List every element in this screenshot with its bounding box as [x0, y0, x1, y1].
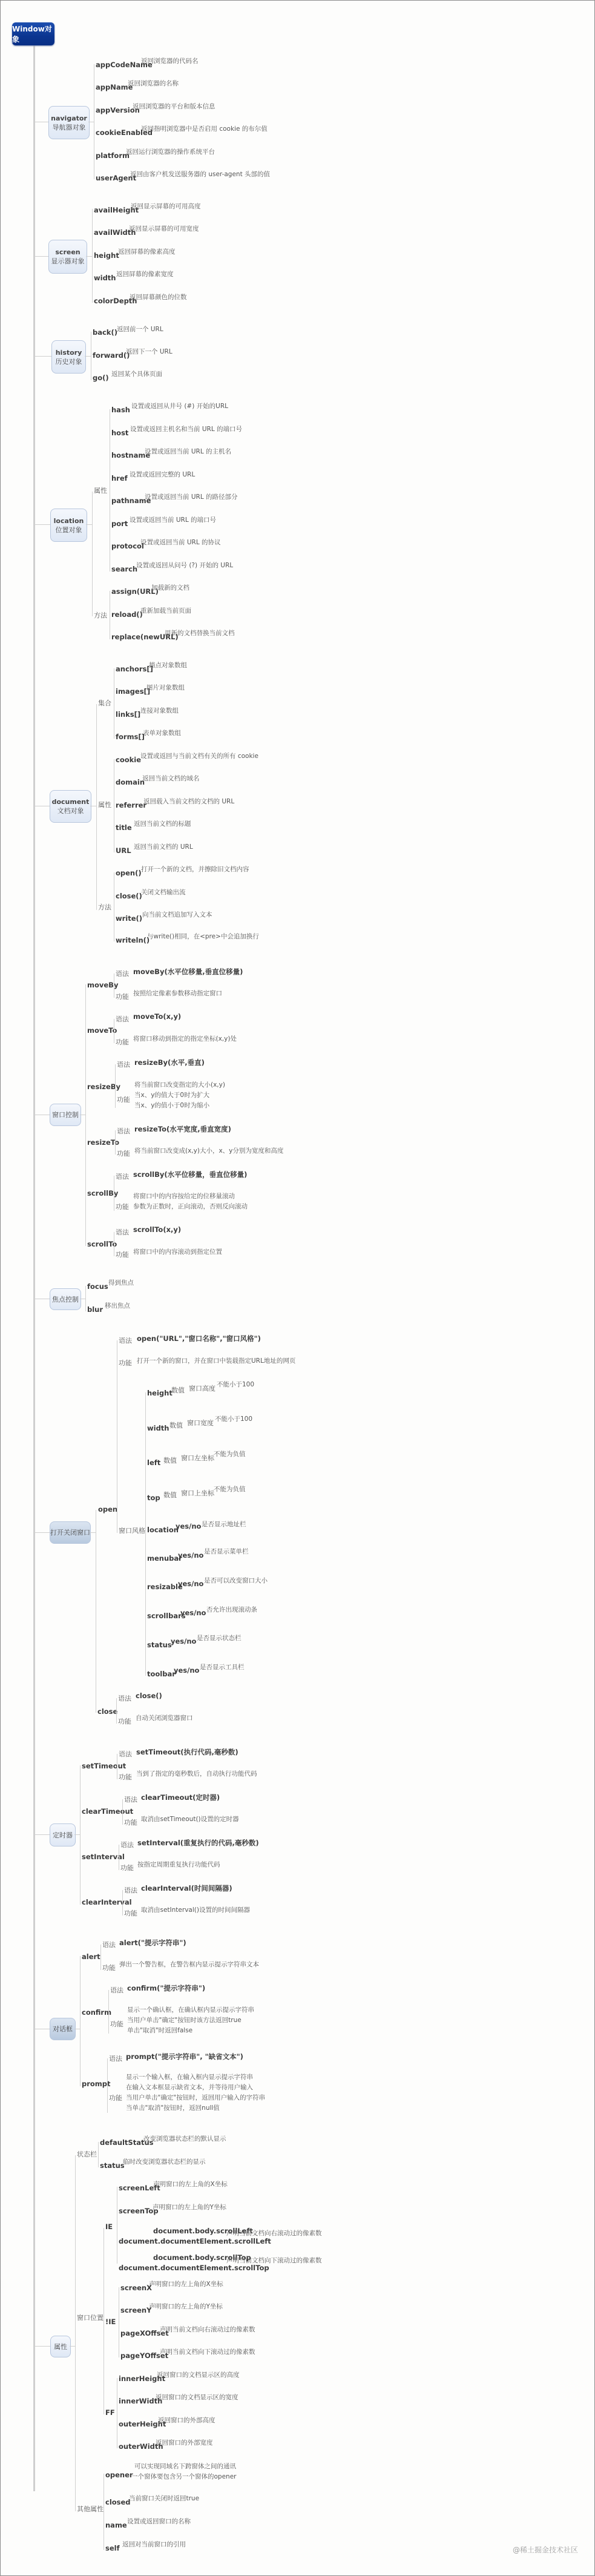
- group-label-properties: 属性: [98, 800, 111, 809]
- connector: [117, 1754, 117, 1779]
- style-resizable[interactable]: resizable: [147, 1583, 183, 1591]
- desc: 是否显示地址栏: [202, 1520, 246, 1530]
- desc: 声明当前文档向右滚动过的像素数: [160, 2325, 255, 2335]
- desc: 打开一个新的文档，并擦除旧文档内容: [141, 865, 249, 875]
- label-function: 功能: [117, 1095, 130, 1104]
- group-label-window-position: 窗口位置: [77, 2313, 104, 2322]
- connector: [114, 1176, 114, 1211]
- desc: 声明当前文档向下滚动过的像素数: [160, 2347, 255, 2357]
- connector: [119, 2287, 119, 2357]
- label-function: 功能: [116, 1250, 129, 1259]
- connector: [110, 591, 110, 639]
- connector: [35, 1834, 50, 1835]
- desc: 将窗口中的内容按给定的位移量滚动: [133, 1191, 235, 1202]
- method-back[interactable]: back(): [93, 328, 117, 337]
- node-title: navigator: [51, 114, 87, 123]
- style-status[interactable]: status: [147, 1641, 172, 1649]
- desc: 返回载入当前文档的文档的 URL: [143, 797, 234, 807]
- node-window-control[interactable]: 窗口控制: [50, 1104, 81, 1126]
- method-setTimeout[interactable]: setTimeout: [82, 1762, 126, 1770]
- syntax-prompt: prompt("提示字符串", "缺省文本"): [126, 2052, 243, 2061]
- connector: [80, 1956, 81, 2086]
- connector: [90, 806, 96, 806]
- collection-anchors[interactable]: anchors[]: [116, 665, 153, 673]
- desc: 声明窗口的左上角的X坐标: [153, 2179, 228, 2190]
- connector: [86, 256, 92, 257]
- method-clearTimeout[interactable]: clearTimeout: [82, 1807, 133, 1816]
- desc: 设置或返回窗口的名称: [127, 2517, 191, 2527]
- label-syntax: 语法: [116, 969, 129, 978]
- node-subtitle: 导航器对象: [53, 123, 86, 132]
- connector: [96, 704, 97, 910]
- connector: [85, 356, 91, 357]
- label-syntax: 语法: [109, 2054, 122, 2063]
- note: 不能小于100: [215, 1414, 252, 1425]
- connector: [94, 64, 94, 179]
- node-timer[interactable]: 定时器: [50, 1823, 76, 1846]
- desc: 返回由客户机发送服务器的 user-agent 头部的值: [130, 170, 270, 180]
- style-type: yes/no: [178, 1551, 203, 1560]
- desc: 返回浏览器的平台和版本信息: [133, 102, 215, 112]
- root-node-window[interactable]: Window对象: [12, 22, 54, 45]
- label-function: 功能: [116, 1037, 129, 1047]
- style-menubar[interactable]: menubar: [147, 1554, 182, 1563]
- connector: [91, 332, 91, 380]
- label-function: 功能: [118, 1716, 131, 1726]
- syntax-moveBy: moveBy(水平位移量,垂直位移量): [133, 967, 243, 977]
- connector: [114, 1019, 114, 1043]
- connector: [35, 2029, 50, 2029]
- root-spine-connector: [33, 45, 35, 2491]
- syntax-moveTo: moveTo(x,y): [133, 1012, 181, 1021]
- syntax-setTimeout: setTimeout(执行代码,毫秒数): [136, 1747, 238, 1757]
- prop-domain[interactable]: domain: [116, 778, 145, 786]
- connector: [96, 1510, 96, 1713]
- node-title: 属性: [54, 2342, 67, 2351]
- connector: [104, 2474, 104, 2550]
- label-function: 功能: [109, 2093, 122, 2103]
- connector: [35, 256, 48, 257]
- connector: [86, 524, 92, 525]
- desc: 当x、y的值大于0时为扩大: [134, 1090, 209, 1101]
- style-toolbar[interactable]: toolbar: [147, 1670, 176, 1678]
- desc: 是否可以改变窗口大小: [204, 1576, 268, 1586]
- syntax-confirm: confirm("提示字符串"): [127, 1983, 205, 1993]
- label-syntax: 语法: [116, 1014, 129, 1024]
- method-close[interactable]: close: [97, 1707, 117, 1716]
- style-type: yes/no: [171, 1637, 196, 1645]
- desc: 得到焦点: [108, 1278, 134, 1288]
- label-function: 功能: [116, 1202, 129, 1211]
- label-syntax: 语法: [116, 1227, 129, 1237]
- label-syntax: 语法: [124, 1885, 137, 1895]
- connector: [119, 1845, 119, 1870]
- desc: 窗口上坐标: [181, 1488, 214, 1498]
- method-write[interactable]: write(): [116, 914, 142, 923]
- style-width[interactable]: width: [147, 1424, 169, 1432]
- style-type: yes/no: [178, 1580, 203, 1588]
- browser-ie: IE: [105, 2222, 113, 2231]
- style-height[interactable]: height: [147, 1389, 173, 1397]
- label-function: 功能: [117, 1148, 130, 1158]
- desc: 改变浏览器状态栏的默认显示: [143, 2134, 226, 2144]
- desc: 自动关闭浏览器窗口: [136, 1713, 193, 1724]
- node-title: 焦点控制: [52, 1295, 79, 1304]
- desc: 返回当前文档的标题: [134, 819, 191, 829]
- desc: 返回当前文档的 URL: [134, 842, 193, 852]
- label-syntax: 语法: [117, 1059, 130, 1069]
- desc: 设置或返回当前 URL 的协议: [140, 538, 221, 548]
- desc: 设置或返回从问号 (?) 开始的 URL: [136, 561, 233, 571]
- syntax-scrollTo: scrollTo(x,y): [133, 1225, 181, 1234]
- desc: 是否显示菜单栏: [204, 1547, 249, 1557]
- desc: 返回屏幕颜色的位数: [130, 292, 187, 303]
- desc: 窗口左坐标: [181, 1453, 214, 1463]
- prop-width[interactable]: width: [94, 274, 116, 282]
- connector: [117, 2378, 117, 2448]
- style-type: yes/no: [176, 1522, 201, 1530]
- desc: 按照给定像素参数移动指定窗口: [133, 989, 222, 999]
- node-screen[interactable]: screen 显示器对象: [48, 240, 87, 274]
- connector: [80, 1115, 85, 1115]
- method-clearInterval[interactable]: clearInterval: [82, 1898, 132, 1906]
- method-reload[interactable]: reload(): [111, 610, 143, 619]
- method-open[interactable]: open(): [116, 869, 142, 877]
- desc: 移出焦点: [105, 1301, 130, 1311]
- prop-platform[interactable]: platform: [96, 151, 130, 160]
- node-title: 定时器: [53, 1831, 73, 1840]
- style-location[interactable]: location: [147, 1526, 179, 1534]
- connector: [114, 1232, 114, 1256]
- connector: [145, 1392, 146, 1676]
- connector: [35, 356, 51, 357]
- node-title: document: [52, 797, 90, 806]
- desc: 返回下一个 URL: [126, 347, 173, 357]
- note: 不能为负值: [214, 1484, 246, 1495]
- desc: 加载新的文档: [151, 583, 189, 593]
- method-alert[interactable]: alert: [82, 1952, 100, 1961]
- connector: [114, 872, 114, 941]
- desc: 返回指明浏览器中是否启用 cookie 的布尔值: [141, 124, 268, 134]
- desc: 向当前文档追加写入文本: [142, 910, 212, 920]
- desc: 声明当前文档向右滚动过的像素数: [226, 2228, 322, 2239]
- desc: 返回某个具体页面: [111, 369, 162, 380]
- method-go[interactable]: go(): [93, 374, 109, 382]
- group-label-methods: 方法: [94, 610, 107, 620]
- desc: 声明窗口的左上角的Y坐标: [149, 2302, 223, 2312]
- connector: [70, 2346, 75, 2347]
- desc: 返回窗口的外部宽度: [156, 2438, 213, 2448]
- label-syntax: 语法: [124, 1794, 137, 1804]
- connector: [114, 973, 114, 998]
- prop-search[interactable]: search: [111, 565, 137, 573]
- desc: 返回窗口的文档显示区的高度: [157, 2370, 240, 2380]
- syntax-setInterval: setInterval(重复执行的代码,毫秒数): [137, 1838, 259, 1848]
- method-confirm[interactable]: confirm: [82, 2008, 111, 2017]
- label-function: 功能: [119, 1772, 132, 1782]
- desc: 设置或返回当前 URL 的端口号: [130, 515, 216, 525]
- node-title: location: [54, 516, 84, 525]
- connector: [80, 1299, 85, 1299]
- method-moveTo[interactable]: moveTo: [87, 1026, 117, 1035]
- style-type: yes/no: [180, 1609, 206, 1617]
- node-focus-control[interactable]: 焦点控制: [50, 1288, 81, 1310]
- desc: 用新的文档替换当前文档: [165, 628, 235, 639]
- desc: 与write()相同，在<pre>中会追加换行: [147, 932, 259, 942]
- desc: 是否显示工具栏: [200, 1662, 245, 1673]
- label-syntax: 语法: [120, 1840, 134, 1850]
- group-label-methods: 方法: [98, 902, 111, 912]
- style-type: 数值: [169, 1420, 183, 1430]
- desc: 当用户单击"确定"按钮时该方法返回true: [127, 2015, 242, 2026]
- connector: [74, 1834, 80, 1835]
- desc: 窗口宽度: [187, 1418, 214, 1428]
- node-open-close-window[interactable]: 打开关闭窗口: [50, 1521, 91, 1544]
- connector: [117, 1340, 117, 1533]
- connector: [115, 1130, 116, 1155]
- browser-not-ie: !IE: [105, 2317, 116, 2326]
- style-type: 数值: [163, 1455, 177, 1465]
- desc: 当单击"取消"按钮时，返回null值: [126, 2103, 220, 2113]
- desc: 声明当前文档向下滚动过的像素数: [226, 2256, 322, 2266]
- style-left[interactable]: left: [147, 1458, 160, 1467]
- label-function: 功能: [110, 2019, 123, 2029]
- style-type: yes/no: [174, 1666, 199, 1675]
- collection-links[interactable]: links[]: [116, 710, 140, 719]
- desc: 当x、y的值小于0时为缩小: [134, 1101, 209, 1111]
- desc: 返回显示屏幕的可用宽度: [129, 224, 199, 234]
- connector: [98, 2142, 99, 2167]
- node-subtitle: 位置对象: [56, 525, 82, 535]
- prop-screenX[interactable]: screenX: [120, 2284, 152, 2292]
- node-title: 对话框: [53, 2024, 73, 2034]
- method-blur[interactable]: blur: [87, 1305, 103, 1314]
- prop-host[interactable]: host: [111, 429, 128, 437]
- desc: 设置或返回主机名和当前 URL 的端口号: [130, 424, 242, 435]
- collection-forms[interactable]: forms[]: [116, 733, 145, 741]
- desc: 在输入文本框显示缺省文本，并等待用户输入: [126, 2083, 253, 2093]
- method-scrollTo[interactable]: scrollTo: [87, 1240, 117, 1248]
- desc: 返回窗口的文档显示区的宽度: [156, 2393, 238, 2403]
- method-close[interactable]: close(): [116, 892, 142, 900]
- syntax-alert: alert("提示字符串"): [119, 1938, 186, 1948]
- syntax-resizeTo: resizeTo(水平宽度,垂直宽度): [134, 1124, 231, 1134]
- desc: 设置或返回当前 URL 的主机名: [145, 447, 231, 457]
- prop-href[interactable]: href: [111, 474, 128, 483]
- connector: [35, 806, 50, 806]
- desc: 返回前一个 URL: [117, 324, 163, 335]
- label-syntax: 语法: [116, 1171, 129, 1181]
- prop-hash[interactable]: hash: [111, 406, 130, 414]
- watermark: @稀土掘金技术社区: [513, 2545, 578, 2555]
- desc: 声明窗口的左上角的X坐标: [149, 2279, 223, 2290]
- desc: 关闭文档输出流: [141, 888, 186, 898]
- node-title: 窗口控制: [52, 1110, 79, 1119]
- connector: [92, 209, 93, 303]
- label-function: 功能: [119, 1358, 132, 1368]
- method-open[interactable]: open: [98, 1505, 117, 1514]
- connector: [92, 492, 93, 616]
- desc: 显示一个输入框，在输入框内显示提示字符串: [126, 2072, 253, 2083]
- node-document[interactable]: document 文档对象: [50, 790, 91, 823]
- prop-opener[interactable]: opener: [105, 2471, 133, 2479]
- prop-cookie[interactable]: cookie: [116, 756, 141, 764]
- method-prompt[interactable]: prompt: [82, 2080, 111, 2088]
- browser-ff: FF: [105, 2408, 115, 2417]
- prop-referrer[interactable]: referrer: [116, 801, 146, 809]
- prop-title[interactable]: title: [116, 823, 132, 832]
- connector: [85, 984, 86, 1246]
- label-syntax: 语法: [119, 1336, 132, 1345]
- connector: [35, 122, 48, 122]
- label-function: 功能: [124, 1908, 137, 1918]
- desc: 可以实现同域名下跨窗体之间的通讯: [134, 2462, 236, 2472]
- node-navigator[interactable]: navigator 导航器对象: [48, 106, 90, 139]
- label-function: 功能: [120, 1863, 134, 1873]
- label-function: 功能: [116, 992, 129, 1001]
- connector: [116, 1698, 117, 1724]
- desc: 设置或返回完整的 URL: [130, 470, 195, 480]
- desc: 返回浏览器的名称: [128, 79, 179, 89]
- connector: [88, 122, 94, 122]
- style-top[interactable]: top: [147, 1494, 160, 1502]
- connector: [35, 524, 50, 525]
- collection-images[interactable]: images[]: [116, 687, 150, 696]
- desc: 返回窗口的外部高度: [158, 2416, 215, 2426]
- connector: [80, 1765, 81, 1905]
- syntax-scrollBy: scrollBy(水平位移量，垂直位移量): [133, 1170, 247, 1179]
- desc: 参数为正数时，正向滚动，否则反向滚动: [133, 1202, 248, 1212]
- prop-screenY[interactable]: screenY: [120, 2306, 151, 2314]
- desc: 打开一个新的窗口，并在窗口中装载指定URL地址的网页: [137, 1356, 295, 1366]
- desc: 单击"取消"时返回false: [127, 2026, 192, 2036]
- prop-name[interactable]: name: [105, 2521, 127, 2529]
- node-subtitle: 历史对象: [56, 357, 82, 366]
- desc: 将窗口中的内容滚动到指定位置: [133, 1247, 222, 1257]
- desc: 返回显示屏幕的可用高度: [131, 202, 201, 212]
- desc: 取消由setInterval()设置的时间间隔器: [141, 1905, 250, 1916]
- node-dialog[interactable]: 对话框: [50, 2018, 76, 2040]
- connector: [110, 409, 110, 572]
- desc: 声明窗口的左上角的Y坐标: [153, 2202, 226, 2213]
- method-focus[interactable]: focus: [87, 1282, 108, 1291]
- desc: 设置或返回当前 URL 的路径部分: [145, 492, 238, 502]
- style-type: 数值: [163, 1490, 177, 1500]
- connector: [85, 1286, 86, 1311]
- label-syntax: 语法: [118, 1693, 131, 1703]
- connector: [117, 2187, 117, 2264]
- connector: [35, 1532, 50, 1533]
- desc: 重新加载当前页面: [140, 606, 191, 616]
- connector: [104, 2228, 104, 2414]
- desc: 设置或返回从井号 (#) 开始的URL: [131, 401, 228, 412]
- syntax-clearInterval: clearInterval(时间间隔器): [141, 1883, 232, 1893]
- node-properties[interactable]: 属性: [50, 2336, 71, 2357]
- desc: 连接对象数组: [140, 706, 179, 716]
- prop-port[interactable]: port: [111, 519, 128, 528]
- desc: 将当前窗口改变成(x,y)大小，x、y分别为宽度和高度: [134, 1146, 283, 1156]
- syntax-close: close(): [136, 1692, 162, 1700]
- label-syntax: 语法: [119, 1749, 132, 1759]
- desc: 将当前窗口改变指定的大小(x,y): [134, 1080, 225, 1090]
- prop-height[interactable]: height: [94, 251, 119, 260]
- note: 不能小于100: [217, 1380, 254, 1390]
- group-label-properties: 属性: [94, 486, 107, 495]
- connector: [35, 1115, 50, 1115]
- prop-protocol[interactable]: protocol: [111, 542, 144, 550]
- prop-closed[interactable]: closed: [105, 2498, 131, 2506]
- connector: [107, 2058, 108, 2113]
- connector: [75, 2155, 76, 2511]
- prop-self[interactable]: self: [105, 2544, 120, 2552]
- group-label-statusbar: 状态栏: [77, 2149, 97, 2159]
- prop-URL[interactable]: URL: [116, 846, 131, 855]
- desc: 当到了指定的毫秒数后，自动执行功能代码: [136, 1769, 257, 1779]
- node-title: screen: [55, 248, 80, 257]
- label-function: 功能: [102, 1963, 116, 1972]
- desc: 返回当前文档的域名: [142, 774, 200, 784]
- label-syntax: 语法: [110, 1985, 123, 1995]
- node-history[interactable]: history 历史对象: [51, 340, 86, 374]
- desc: 返回浏览器的代码名: [141, 56, 199, 67]
- style-type: 数值: [171, 1385, 185, 1395]
- method-writeln[interactable]: writeln(): [116, 936, 150, 944]
- group-label-collections: 集合: [98, 698, 111, 708]
- desc: 一个窗体要包含另一个窗体的opener: [131, 2472, 236, 2482]
- label-syntax: 语法: [117, 1126, 130, 1136]
- group-label-other-properties: 其他属性: [77, 2504, 104, 2514]
- desc: 弹出一个警告框，在警告框内显示提示字符串文本: [119, 1960, 259, 1970]
- node-title: history: [56, 348, 82, 357]
- desc: 返回屏幕的像素高度: [118, 247, 176, 257]
- connector: [74, 2029, 80, 2029]
- syntax-resizeBy: resizeBy(水平,垂直): [134, 1058, 205, 1067]
- node-location[interactable]: location 位置对象: [50, 509, 87, 542]
- note: 不能为负值: [214, 1449, 246, 1460]
- syntax-clearTimeout: clearTimeout(定时器): [141, 1793, 220, 1802]
- desc: 当用户单击"确定"按钮时，返回用户输入的字符串: [126, 2093, 265, 2103]
- method-forward[interactable]: forward(): [93, 351, 130, 360]
- desc: 取消由setTimeout()设置的定时器: [141, 1814, 239, 1825]
- desc: 返回屏幕的像素宽度: [116, 269, 174, 280]
- connector: [122, 1799, 123, 1825]
- desc: 图片对象数组: [146, 683, 185, 693]
- node-subtitle: 显示器对象: [51, 257, 85, 266]
- desc: 是否显示状态栏: [197, 1633, 242, 1644]
- prop-status[interactable]: status: [100, 2161, 125, 2170]
- desc: 按指定周期重复执行功能代码: [137, 1860, 220, 1870]
- label-window-style: 窗口风格: [119, 1526, 145, 1535]
- connector: [115, 1064, 116, 1108]
- desc: 描点对象数组: [149, 660, 187, 671]
- connector: [100, 1945, 101, 1970]
- connector: [108, 1990, 109, 2034]
- desc: 将窗口移动到指定的指定坐标(x,y)处: [133, 1034, 237, 1044]
- root-label: Window对象: [12, 24, 54, 44]
- desc: 临时改变浏览器状态栏的显示: [123, 2157, 206, 2167]
- connector: [35, 2346, 50, 2347]
- label-syntax: 语法: [102, 1940, 116, 1949]
- connector: [114, 759, 114, 852]
- node-subtitle: 文档对象: [58, 806, 84, 815]
- desc: 返回运行浏览器的操作系统平台: [126, 147, 215, 157]
- connector: [90, 1532, 96, 1533]
- connector: [114, 668, 114, 739]
- desc: 表单对象数组: [143, 728, 181, 739]
- connector: [35, 1299, 50, 1299]
- connector: [122, 1890, 123, 1916]
- desc: 设置或返回与当前文档有关的所有 cookie: [140, 751, 258, 762]
